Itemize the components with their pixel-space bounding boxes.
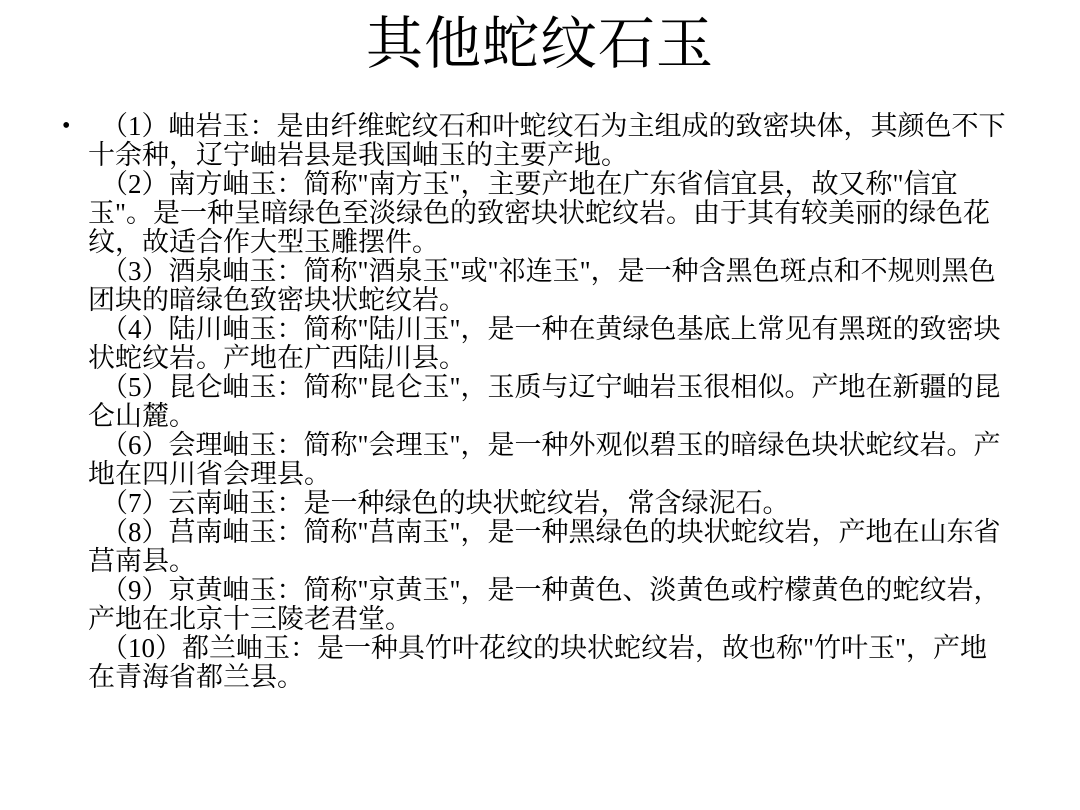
- slide-title: 其他蛇纹石玉: [0, 14, 1080, 77]
- slide: 其他蛇纹石玉 • （1）岫岩玉：是由纤维蛇纹石和叶蛇纹石为主组成的致密块体，其颜…: [0, 0, 1080, 810]
- paragraph-9: （9）京黄岫玉：简称"京黄玉"，是一种黄色、淡黄色或柠檬黄色的蛇纹岩，产地在北京…: [88, 576, 1010, 634]
- paragraph-1: （1）岫岩玉：是由纤维蛇纹石和叶蛇纹石为主组成的致密块体，其颜色不下十余种，辽宁…: [88, 112, 1010, 170]
- bullet-marker: •: [58, 112, 88, 141]
- paragraph-list: （1）岫岩玉：是由纤维蛇纹石和叶蛇纹石为主组成的致密块体，其颜色不下十余种，辽宁…: [88, 112, 1010, 692]
- paragraph-6: （6）会理岫玉：简称"会理玉"，是一种外观似碧玉的暗绿色块状蛇纹岩。产地在四川省…: [88, 431, 1010, 489]
- slide-body: • （1）岫岩玉：是由纤维蛇纹石和叶蛇纹石为主组成的致密块体，其颜色不下十余种，…: [58, 112, 1010, 692]
- paragraph-10: （10）都兰岫玉：是一种具竹叶花纹的块状蛇纹岩，故也称"竹叶玉"，产地在青海省都…: [88, 634, 1010, 692]
- paragraph-8: （8）莒南岫玉：简称"莒南玉"，是一种黑绿色的块状蛇纹岩，产地在山东省莒南县。: [88, 518, 1010, 576]
- paragraph-5: （5）昆仑岫玉：简称"昆仑玉"，玉质与辽宁岫岩玉很相似。产地在新疆的昆仑山麓。: [88, 373, 1010, 431]
- paragraph-4: （4）陆川岫玉：简称"陆川玉"，是一种在黄绿色基底上常见有黑斑的致密块状蛇纹岩。…: [88, 315, 1010, 373]
- paragraph-2: （2）南方岫玉：简称"南方玉"，主要产地在广东省信宜县，故又称"信宜玉"。是一种…: [88, 170, 1010, 257]
- paragraph-7: （7）云南岫玉：是一种绿色的块状蛇纹岩，常含绿泥石。: [88, 489, 1010, 518]
- paragraph-3: （3）酒泉岫玉：简称"酒泉玉"或"祁连玉"，是一种含黑色斑点和不规则黑色团块的暗…: [88, 257, 1010, 315]
